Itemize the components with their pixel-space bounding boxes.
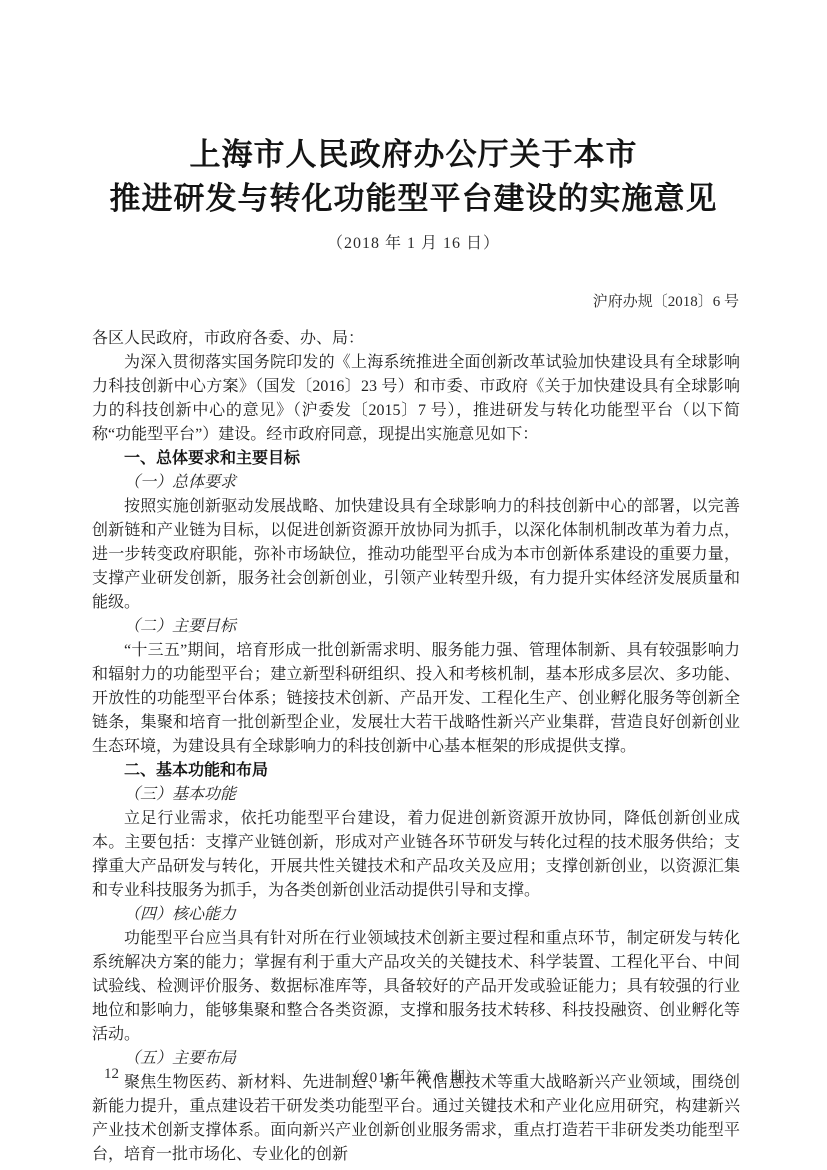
document-title: 上海市人民政府办公厅关于本市 推进研发与转化功能型平台建设的实施意见 <box>0 0 827 221</box>
paragraph-overall-req: 按照实施创新驱动发展战略、加快建设具有全球影响力的科技创新中心的部署，以完善创新… <box>92 495 740 615</box>
heading-section-2: 二、基本功能和布局 <box>92 759 740 783</box>
subheading-core-ability: （四）核心能力 <box>92 903 740 927</box>
salutation: 各区人民政府，市政府各委、办、局： <box>92 327 740 351</box>
document-title-line-1: 上海市人民政府办公厅关于本市 <box>0 133 827 177</box>
paragraph-core-ability: 功能型平台应当具有针对所在行业领域技术创新主要过程和重点环节，制定研发与转化系统… <box>92 927 740 1047</box>
heading-section-1: 一、总体要求和主要目标 <box>92 447 740 471</box>
footer-issue-label: （2018 年第 6 期） <box>0 1066 827 1087</box>
subheading-overall-req: （一）总体要求 <box>92 471 740 495</box>
subheading-basic-functions: （三）基本功能 <box>92 783 740 807</box>
document-title-line-2: 推进研发与转化功能型平台建设的实施意见 <box>0 177 827 221</box>
document-page: 上海市人民政府办公厅关于本市 推进研发与转化功能型平台建设的实施意见 （2018… <box>0 0 827 1170</box>
paragraph-intro: 为深入贯彻落实国务院印发的《上海系统推进全面创新改革试验加快建设具有全球影响力科… <box>92 351 740 447</box>
page-footer: 12 （2018 年第 6 期） <box>0 1066 827 1088</box>
paragraph-main-goals: “十三五”期间，培育形成一批创新需求明、服务能力强、管理体制新、具有较强影响力和… <box>92 639 740 759</box>
document-date: （2018 年 1 月 16 日） <box>0 230 827 253</box>
paragraph-basic-functions: 立足行业需求，依托功能型平台建设，着力促进创新资源开放协同，降低创新创业成本。主… <box>92 807 740 903</box>
document-number: 沪府办规〔2018〕6 号 <box>0 290 739 311</box>
document-body: 各区人民政府，市政府各委、办、局： 为深入贯彻落实国务院印发的《上海系统推进全面… <box>92 327 740 1167</box>
subheading-main-goals: （二）主要目标 <box>92 615 740 639</box>
